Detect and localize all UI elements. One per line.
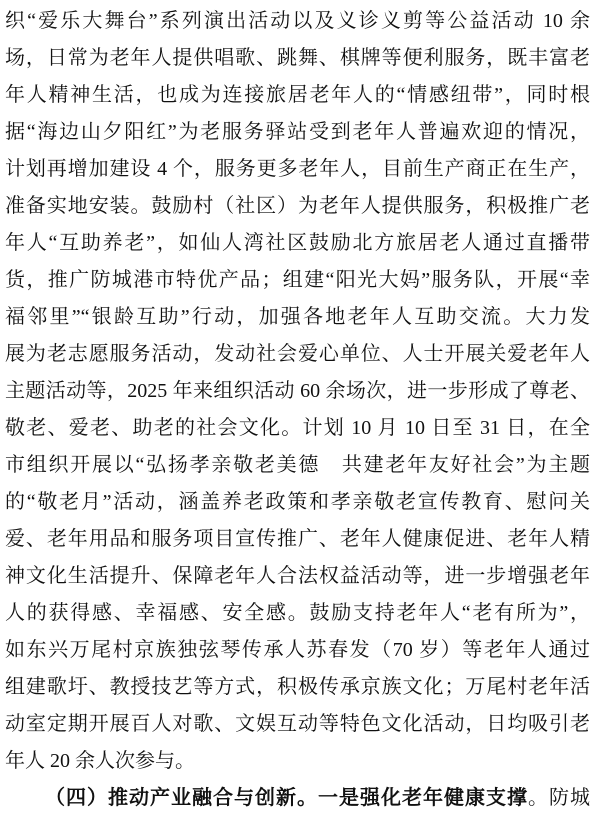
body-text: 准备实地安装。鼓励村（社区）为老年人提供服务，积极推广老 <box>5 195 590 217</box>
document-page: 织“爱乐大舞台”系列演出活动以及义诊义剪等公益活动 10 余场，日常为老年人提供… <box>0 0 602 822</box>
text-line: 动室定期开展百人对歌、文娱互动等特色文化活动，日均吸引老 <box>5 706 590 743</box>
body-text: 年人精神生活，也成为连接旅居老年人的“情感纽带”，同时根 <box>5 84 590 106</box>
body-text: 的“敬老月”活动，涵盖养老政策和孝亲敬老宣传教育、慰问关 <box>5 491 590 513</box>
text-line: 敬老、爱老、助老的社会文化。计划 10 月 10 日至 31 日，在全 <box>5 410 590 447</box>
body-text: 人的获得感、幸福感、安全感。鼓励支持老年人“老有所为”， <box>5 602 590 624</box>
text-line: 组建歌圩、教授技艺等方式，积极传承京族文化；万尾村老年活 <box>5 669 590 706</box>
text-line: 年人“互助养老”，如仙人湾社区鼓励北方旅居老人通过直播带 <box>5 225 590 262</box>
body-text: 市组织开展以“弘扬孝亲敬老美德 共建老年友好社会”为主题 <box>5 454 590 476</box>
text-line: （四）推动产业融合与创新。一是强化老年健康支撑。防城 <box>5 780 590 817</box>
body-text: 计划再增加建设 4 个，服务更多老年人，目前生产商正在生产， <box>5 158 590 180</box>
body-text: 敬老、爱老、助老的社会文化。计划 10 月 10 日至 31 日，在全 <box>5 417 590 439</box>
body-text: 动室定期开展百人对歌、文娱互动等特色文化活动，日均吸引老 <box>5 713 590 735</box>
body-text: 主题活动等，2025 年来组织活动 60 余场次，进一步形成了尊老、 <box>5 380 590 402</box>
text-line: 福邻里”“银龄互助”行动，加强各地老年人互助交流。大力发 <box>5 299 590 336</box>
text-line: 爱、老年用品和服务项目宣传推广、老年人健康促进、老年人精 <box>5 521 590 558</box>
text-line: 年人 20 余人次参与。 <box>5 743 590 780</box>
body-text: 货，推广防城港市特优产品；组建“阳光大妈”服务队，开展“幸 <box>5 269 590 291</box>
text-line: 计划再增加建设 4 个，服务更多老年人，目前生产商正在生产， <box>5 151 590 188</box>
text-line: 展为老志愿服务活动，发动社会爱心单位、人士开展关爱老年人 <box>5 336 590 373</box>
text-line: 据“海边山夕阳红”为老服务驿站受到老年人普遍欢迎的情况， <box>5 114 590 151</box>
body-text: 展为老志愿服务活动，发动社会爱心单位、人士开展关爱老年人 <box>5 343 590 365</box>
body-text: 织“爱乐大舞台”系列演出活动以及义诊义剪等公益活动 10 余 <box>5 10 590 32</box>
body-text: 场，日常为老年人提供唱歌、跳舞、棋牌等便利服务，既丰富老 <box>5 47 590 69</box>
text-line: 市组织开展以“弘扬孝亲敬老美德 共建老年友好社会”为主题 <box>5 447 590 484</box>
text-line: 如东兴万尾村京族独弦琴传承人苏春发（70 岁）等老年人通过 <box>5 632 590 669</box>
body-text: 年人 20 余人次参与。 <box>5 750 195 772</box>
body-text: 。防城 <box>528 787 590 809</box>
document-text-block: 织“爱乐大舞台”系列演出活动以及义诊义剪等公益活动 10 余场，日常为老年人提供… <box>5 3 590 817</box>
text-line: 人的获得感、幸福感、安全感。鼓励支持老年人“老有所为”， <box>5 595 590 632</box>
body-text: 年人“互助养老”，如仙人湾社区鼓励北方旅居老人通过直播带 <box>5 232 590 254</box>
body-text: 爱、老年用品和服务项目宣传推广、老年人健康促进、老年人精 <box>5 528 590 550</box>
body-text: 据“海边山夕阳红”为老服务驿站受到老年人普遍欢迎的情况， <box>5 121 590 143</box>
text-line: 准备实地安装。鼓励村（社区）为老年人提供服务，积极推广老 <box>5 188 590 225</box>
body-text: 组建歌圩、教授技艺等方式，积极传承京族文化；万尾村老年活 <box>5 676 590 698</box>
text-line: 年人精神生活，也成为连接旅居老年人的“情感纽带”，同时根 <box>5 77 590 114</box>
text-line: 的“敬老月”活动，涵盖养老政策和孝亲敬老宣传教育、慰问关 <box>5 484 590 521</box>
text-line: 织“爱乐大舞台”系列演出活动以及义诊义剪等公益活动 10 余 <box>5 3 590 40</box>
text-line: 主题活动等，2025 年来组织活动 60 余场次，进一步形成了尊老、 <box>5 373 590 410</box>
section-heading-text: （四）推动产业融合与创新。一是强化老年健康支撑 <box>45 787 528 809</box>
text-line: 货，推广防城港市特优产品；组建“阳光大妈”服务队，开展“幸 <box>5 262 590 299</box>
text-line: 场，日常为老年人提供唱歌、跳舞、棋牌等便利服务，既丰富老 <box>5 40 590 77</box>
body-text: 神文化生活提升、保障老年人合法权益活动等，进一步增强老年 <box>5 565 590 587</box>
text-line: 神文化生活提升、保障老年人合法权益活动等，进一步增强老年 <box>5 558 590 595</box>
body-text: 如东兴万尾村京族独弦琴传承人苏春发（70 岁）等老年人通过 <box>5 639 590 661</box>
body-text: 福邻里”“银龄互助”行动，加强各地老年人互助交流。大力发 <box>5 306 590 328</box>
